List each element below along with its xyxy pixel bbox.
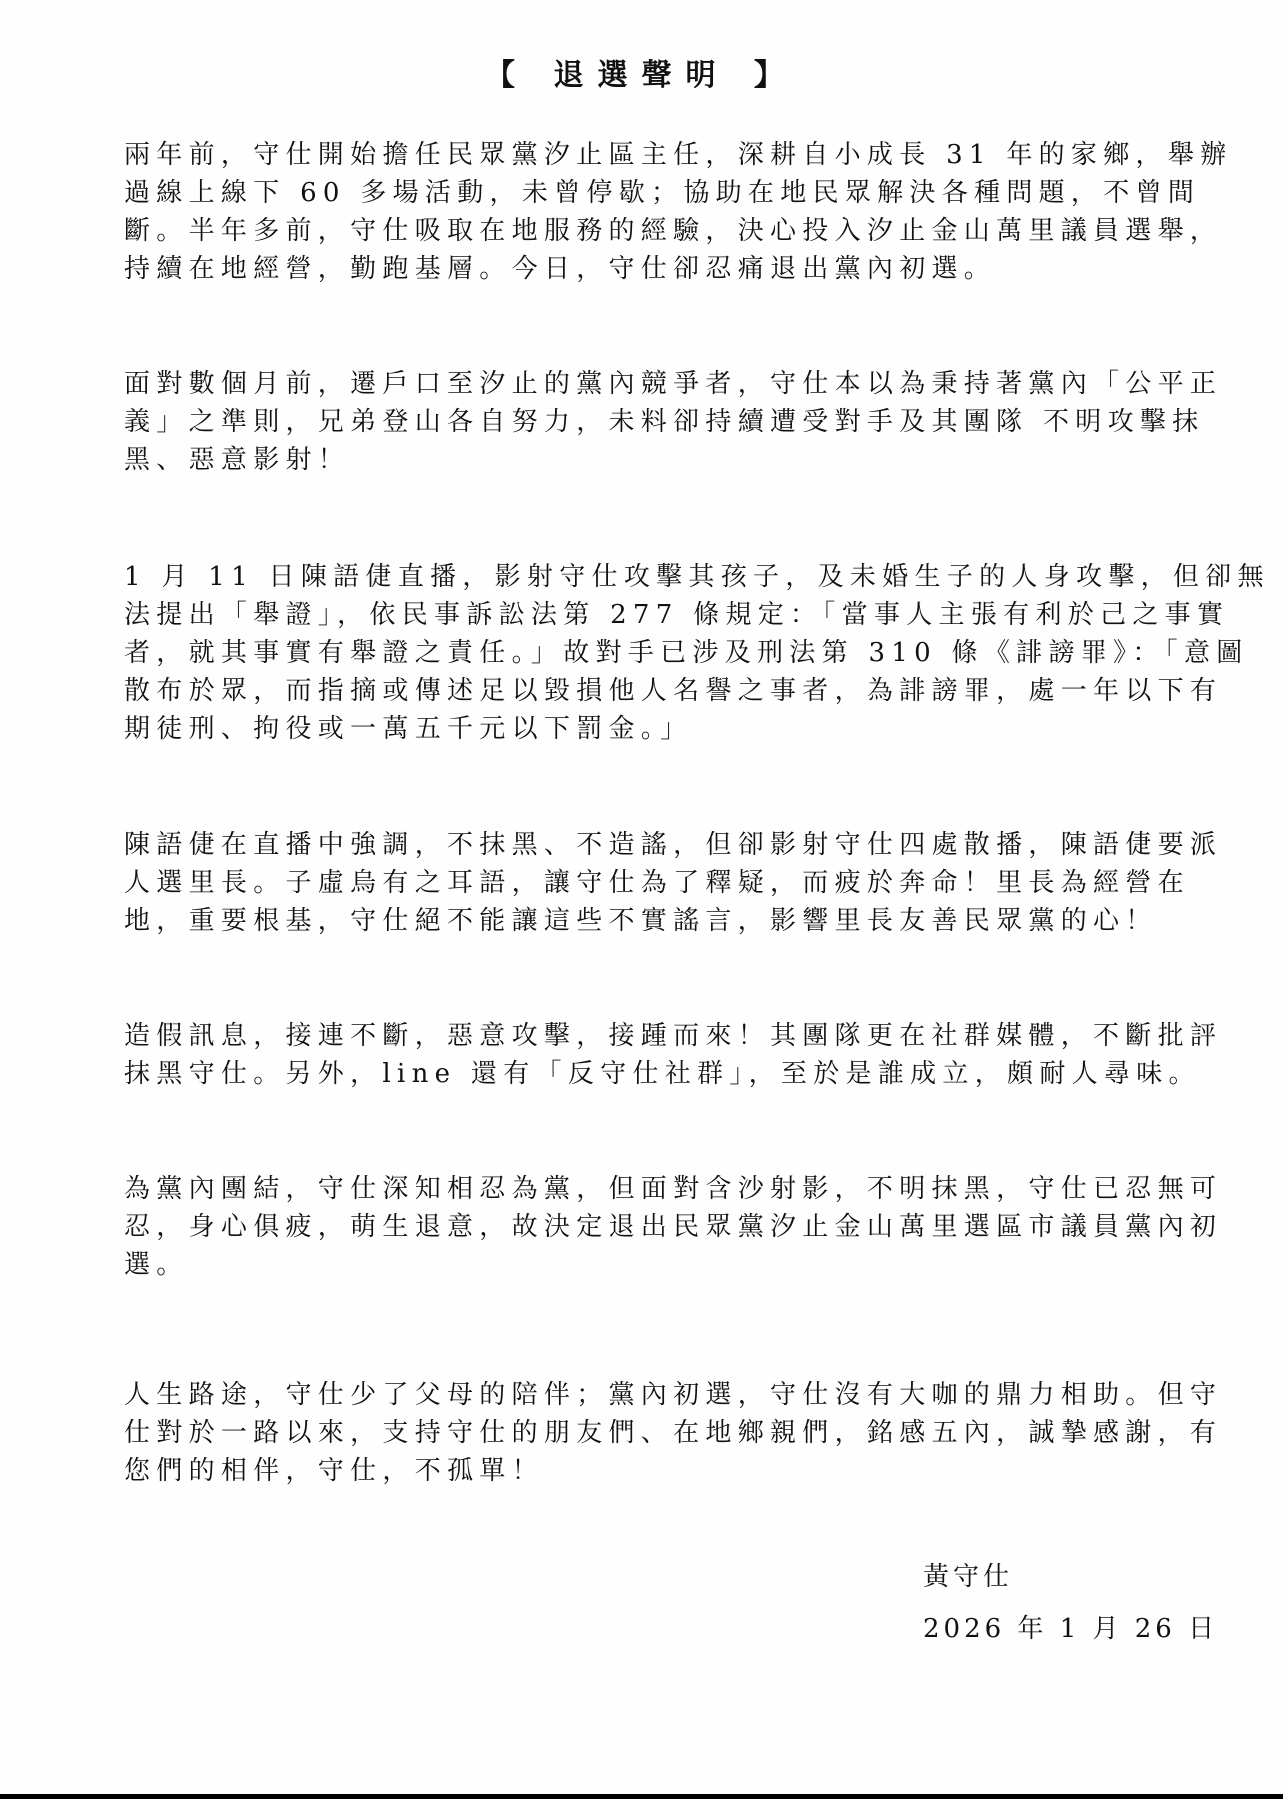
paragraph-line: 人生路途，守仕少了父母的陪伴；黨內初選，守仕沒有大咖的鼎力相助。但守 <box>124 1376 1164 1414</box>
paragraph-line: 1 月 11 日陳語倢直播，影射守仕攻擊其孩子，及未婚生子的人身攻擊，但卻無 <box>124 558 1164 596</box>
paragraph-line: 黑、惡意影射！ <box>124 441 1164 479</box>
paragraph-5: 造假訊息，接連不斷，惡意攻擊，接踵而來！其團隊更在社群媒體，不斷批評 抹黑守仕。… <box>124 1017 1164 1093</box>
paragraph-line: 兩年前，守仕開始擔任民眾黨汐止區主任，深耕自小成長 31 年的家鄉，舉辦 <box>124 136 1164 174</box>
paragraph-line: 者，就其事實有舉證之責任。」故對手已涉及刑法第 310 條《誹謗罪》：「意圖 <box>124 634 1164 672</box>
signature-date: 2026 年 1 月 26 日 <box>923 1610 1218 1648</box>
document-title: 【 退選聲明 】 <box>0 56 1283 96</box>
paragraph-1: 兩年前，守仕開始擔任民眾黨汐止區主任，深耕自小成長 31 年的家鄉，舉辦 過線上… <box>124 136 1164 288</box>
paragraph-line: 抹黑守仕。另外，line 還有「反守仕社群」，至於是誰成立，頗耐人尋味。 <box>124 1055 1164 1093</box>
bottom-border-bar <box>0 1794 1283 1799</box>
signature-name: 黃守仕 <box>923 1558 1013 1596</box>
paragraph-line: 地，重要根基，守仕絕不能讓這些不實謠言，影響里長友善民眾黨的心！ <box>124 902 1164 940</box>
paragraph-line: 仕對於一路以來，支持守仕的朋友們、在地鄉親們，銘感五內，誠摯感謝，有 <box>124 1414 1164 1452</box>
paragraph-line: 人選里長。子虛烏有之耳語，讓守仕為了釋疑，而疲於奔命！里長為經營在 <box>124 864 1164 902</box>
paragraph-line: 持續在地經營，勤跑基層。今日，守仕卻忍痛退出黨內初選。 <box>124 250 1164 288</box>
paragraph-line: 過線上線下 60 多場活動，未曾停歇；協助在地民眾解決各種問題，不曾間 <box>124 174 1164 212</box>
paragraph-2: 面對數個月前，遷戶口至汐止的黨內競爭者，守仕本以為秉持著黨內「公平正 義」之準則… <box>124 365 1164 479</box>
statement-page: 【 退選聲明 】 兩年前，守仕開始擔任民眾黨汐止區主任，深耕自小成長 31 年的… <box>0 0 1283 1794</box>
paragraph-line: 面對數個月前，遷戶口至汐止的黨內競爭者，守仕本以為秉持著黨內「公平正 <box>124 365 1164 403</box>
paragraph-line: 選。 <box>124 1246 1164 1284</box>
paragraph-7: 人生路途，守仕少了父母的陪伴；黨內初選，守仕沒有大咖的鼎力相助。但守 仕對於一路… <box>124 1376 1164 1490</box>
paragraph-line: 義」之準則，兄弟登山各自努力，未料卻持續遭受對手及其團隊 不明攻擊抹 <box>124 403 1164 441</box>
paragraph-line: 陳語倢在直播中強調，不抹黑、不造謠，但卻影射守仕四處散播，陳語倢要派 <box>124 826 1164 864</box>
paragraph-line: 為黨內團結，守仕深知相忍為黨，但面對含沙射影，不明抹黑，守仕已忍無可 <box>124 1170 1164 1208</box>
paragraph-line: 散布於眾，而指摘或傳述足以毀損他人名譽之事者，為誹謗罪，處一年以下有 <box>124 672 1164 710</box>
paragraph-4: 陳語倢在直播中強調，不抹黑、不造謠，但卻影射守仕四處散播，陳語倢要派 人選里長。… <box>124 826 1164 940</box>
paragraph-line: 期徒刑、拘役或一萬五千元以下罰金。」 <box>124 710 1164 748</box>
paragraph-line: 忍，身心俱疲，萌生退意，故決定退出民眾黨汐止金山萬里選區市議員黨內初 <box>124 1208 1164 1246</box>
paragraph-3: 1 月 11 日陳語倢直播，影射守仕攻擊其孩子，及未婚生子的人身攻擊，但卻無 法… <box>124 558 1164 748</box>
paragraph-line: 造假訊息，接連不斷，惡意攻擊，接踵而來！其團隊更在社群媒體，不斷批評 <box>124 1017 1164 1055</box>
paragraph-6: 為黨內團結，守仕深知相忍為黨，但面對含沙射影，不明抹黑，守仕已忍無可 忍，身心俱… <box>124 1170 1164 1284</box>
paragraph-line: 法提出「舉證」，依民事訴訟法第 277 條規定：「當事人主張有利於己之事實 <box>124 596 1164 634</box>
paragraph-line: 斷。半年多前，守仕吸取在地服務的經驗，決心投入汐止金山萬里議員選舉， <box>124 212 1164 250</box>
paragraph-line: 您們的相伴，守仕，不孤單！ <box>124 1452 1164 1490</box>
